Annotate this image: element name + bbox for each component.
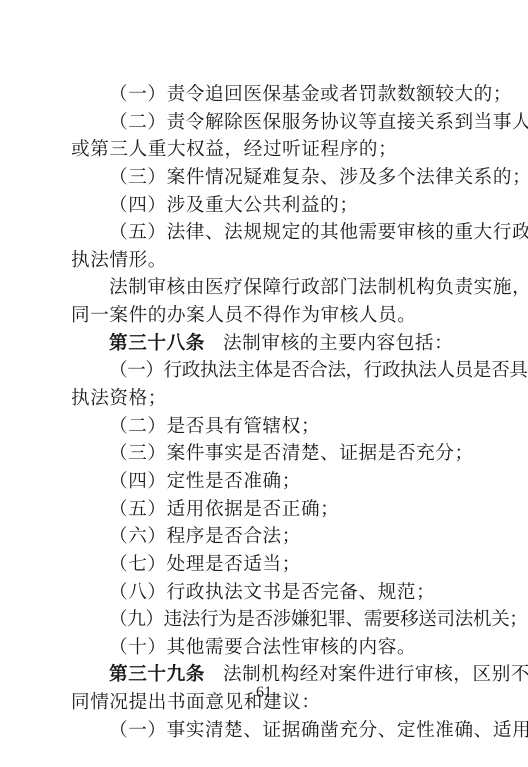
text-line: （一）责令追回医保基金或者罚款数额较大的；	[71, 81, 461, 109]
line-text: 法制审核由医疗保障行政部门法制机构负责实施，	[109, 277, 528, 298]
text-line: （一）事实清楚、证据确凿充分、定性准确、适用	[71, 717, 461, 745]
line-text: （三）案件事实是否清楚、证据是否充分；	[109, 443, 474, 464]
text-line: 或第三人重大权益，经过听证程序的；	[71, 136, 461, 164]
line-text: （一）责令追回医保基金或者罚款数额较大的；	[109, 84, 512, 105]
line-text: （八）行政执法文书是否完备、规范；	[109, 582, 435, 603]
line-text: （三）案件情况疑难复杂、涉及多个法律关系的；	[109, 167, 528, 188]
text-line: （九）违法行为是否涉嫌犯罪、需要移送司法机关；	[71, 606, 461, 634]
document-body: （一）责令追回医保基金或者罚款数额较大的； （二）责令解除医保服务协议等直接关系…	[71, 81, 461, 744]
article-heading-38: 第三十八条法制审核的主要内容包括：	[71, 330, 461, 358]
line-text: （七）处理是否适当；	[109, 554, 301, 575]
text-line: （二）是否具有管辖权；	[71, 413, 461, 441]
line-text: 执法情形。	[71, 250, 167, 271]
text-line: （八）行政执法文书是否完备、规范；	[71, 579, 461, 607]
line-text: （十）其他需要合法性审核的内容。	[109, 637, 416, 658]
line-text: （四）定性是否准确；	[109, 471, 301, 492]
text-line: 执法资格；	[71, 385, 461, 413]
line-text: （二）责令解除医保服务协议等直接关系到当事人	[109, 112, 528, 133]
text-line: （一）行政执法主体是否合法，行政执法人员是否具备	[71, 357, 461, 385]
line-text: （六）程序是否合法；	[109, 526, 301, 547]
text-line: （四）涉及重大公共利益的；	[71, 192, 461, 220]
text-line: （五）适用依据是否正确；	[71, 496, 461, 524]
text-line: （三）案件情况疑难复杂、涉及多个法律关系的；	[71, 164, 461, 192]
line-text: 同一案件的办案人员不得作为审核人员。	[71, 305, 417, 326]
line-text: （五）法律、法规规定的其他需要审核的重大行政	[109, 222, 528, 243]
text-line: （五）法律、法规规定的其他需要审核的重大行政	[71, 219, 461, 247]
line-text: 法制机构经对案件进行审核，区别不	[223, 664, 528, 685]
text-line: （十）其他需要合法性审核的内容。	[71, 634, 461, 662]
page-number: 61	[0, 684, 528, 702]
line-text: 或第三人重大权益，经过听证程序的；	[71, 139, 397, 160]
text-line: （二）责令解除医保服务协议等直接关系到当事人	[71, 109, 461, 137]
article-number: 第三十八条	[109, 333, 205, 354]
line-text: （一）行政执法主体是否合法，行政执法人员是否具备	[109, 360, 528, 381]
line-text: （九）违法行为是否涉嫌犯罪、需要移送司法机关；	[109, 609, 527, 630]
text-line: 执法情形。	[71, 247, 461, 275]
text-line: （三）案件事实是否清楚、证据是否充分；	[71, 440, 461, 468]
line-text: 法制审核的主要内容包括：	[223, 333, 453, 354]
text-line: （四）定性是否准确；	[71, 468, 461, 496]
line-text: （一）事实清楚、证据确凿充分、定性准确、适用	[109, 720, 528, 741]
article-number: 第三十九条	[109, 664, 205, 685]
text-line: 同一案件的办案人员不得作为审核人员。	[71, 302, 461, 330]
line-text: （四）涉及重大公共利益的；	[109, 195, 359, 216]
text-line: （七）处理是否适当；	[71, 551, 461, 579]
text-line: （六）程序是否合法；	[71, 523, 461, 551]
line-text: （二）是否具有管辖权；	[109, 416, 320, 437]
line-text: （五）适用依据是否正确；	[109, 499, 339, 520]
text-line: 法制审核由医疗保障行政部门法制机构负责实施，	[71, 274, 461, 302]
line-text: 执法资格；	[71, 388, 167, 409]
